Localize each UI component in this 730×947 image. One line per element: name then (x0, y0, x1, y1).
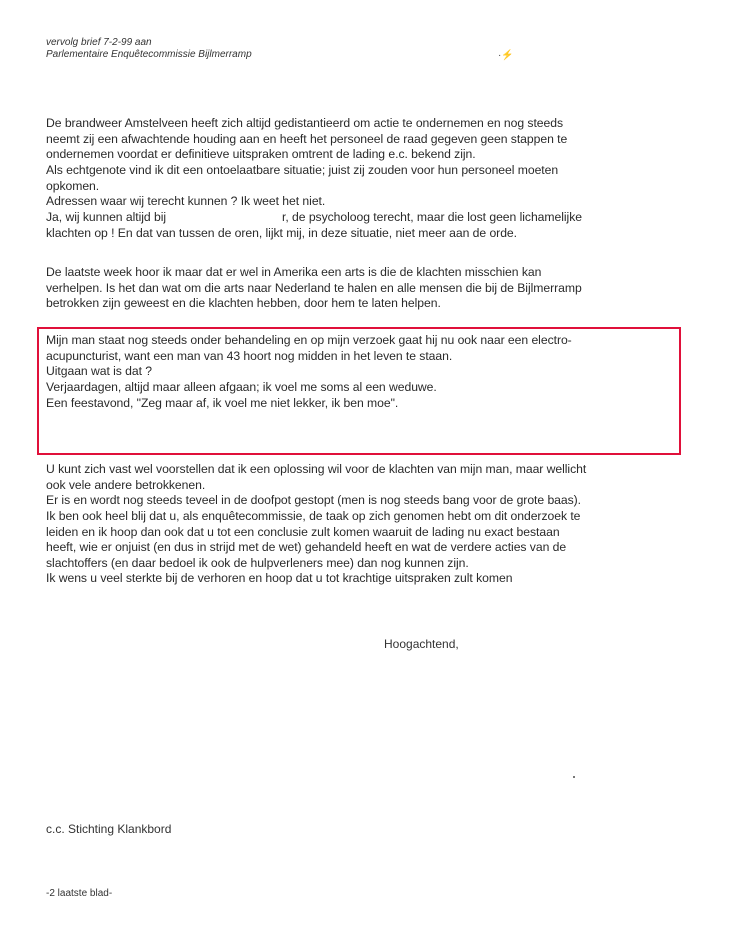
text-line: Er is en wordt nog steeds teveel in de d… (46, 493, 586, 509)
text-line: Een feestavond, "Zeg maar af, ik voel me… (46, 396, 572, 412)
text-line: Uitgaan wat is dat ? (46, 364, 572, 380)
carbon-copy: c.c. Stichting Klankbord (46, 822, 171, 836)
text-line: Adressen waar wij terecht kunnen ? Ik we… (46, 194, 582, 210)
text-line: opkomen. (46, 179, 582, 195)
text-line: slachtoffers (en daar bedoel ik ook de h… (46, 556, 586, 572)
text-line: leiden en ik hoop dan ook dat u tot een … (46, 525, 586, 541)
text-line: De brandweer Amstelveen heeft zich altij… (46, 116, 582, 132)
header-reference: vervolg brief 7-2-99 aan (46, 37, 252, 49)
letter-header: vervolg brief 7-2-99 aan Parlementaire E… (46, 37, 252, 61)
text-line: ondernemen voordat er definitieve uitspr… (46, 147, 582, 163)
text-line: Als echtgenote vind ik dit een ontoelaat… (46, 163, 582, 179)
text-line: Ik wens u veel sterkte bij de verhoren e… (46, 571, 512, 587)
text-before-redaction: Ja, wij kunnen altijd bij (46, 210, 166, 224)
closing-signature: Hoogachtend, (384, 637, 459, 651)
page-footer: -2 laatste blad- (46, 888, 112, 899)
header-recipient: Parlementaire Enquêtecommissie Bijlmerra… (46, 49, 252, 61)
text-line: Mijn man staat nog steeds onder behandel… (46, 333, 572, 349)
text-line: verhelpen. Is het dan wat om die arts na… (46, 281, 582, 297)
paragraph-2: De laatste week hoor ik maar dat er wel … (46, 265, 582, 312)
text-line: neemt zij een afwachtende houding aan en… (46, 132, 582, 148)
scan-mark-icon: ·⚡ (498, 50, 514, 61)
paragraph-4: Ik wens u veel sterkte bij de verhoren e… (46, 571, 512, 587)
text-after-redaction: r, de psycholoog terecht, maar die lost … (282, 210, 582, 224)
text-line: heeft, wie er onjuist (en dus in strijd … (46, 540, 586, 556)
text-line: U kunt zich vast wel voorstellen dat ik … (46, 462, 586, 478)
paragraph-3: U kunt zich vast wel voorstellen dat ik … (46, 462, 586, 572)
text-line-redacted: Ja, wij kunnen altijd bijr, de psycholoo… (46, 210, 582, 226)
text-line: ook vele andere betrokkenen. (46, 478, 586, 494)
text-line: klachten op ! En dat van tussen de oren,… (46, 226, 582, 242)
scan-speck (573, 776, 575, 778)
text-line: Ik ben ook heel blij dat u, als enquêtec… (46, 509, 586, 525)
text-line: De laatste week hoor ik maar dat er wel … (46, 265, 582, 281)
text-line: Verjaardagen, altijd maar alleen afgaan;… (46, 380, 572, 396)
paragraph-1: De brandweer Amstelveen heeft zich altij… (46, 116, 582, 242)
highlighted-paragraph: Mijn man staat nog steeds onder behandel… (46, 333, 572, 411)
text-line: betrokken zijn geweest en die klachten h… (46, 296, 582, 312)
text-line: acupuncturist, want een man van 43 hoort… (46, 349, 572, 365)
